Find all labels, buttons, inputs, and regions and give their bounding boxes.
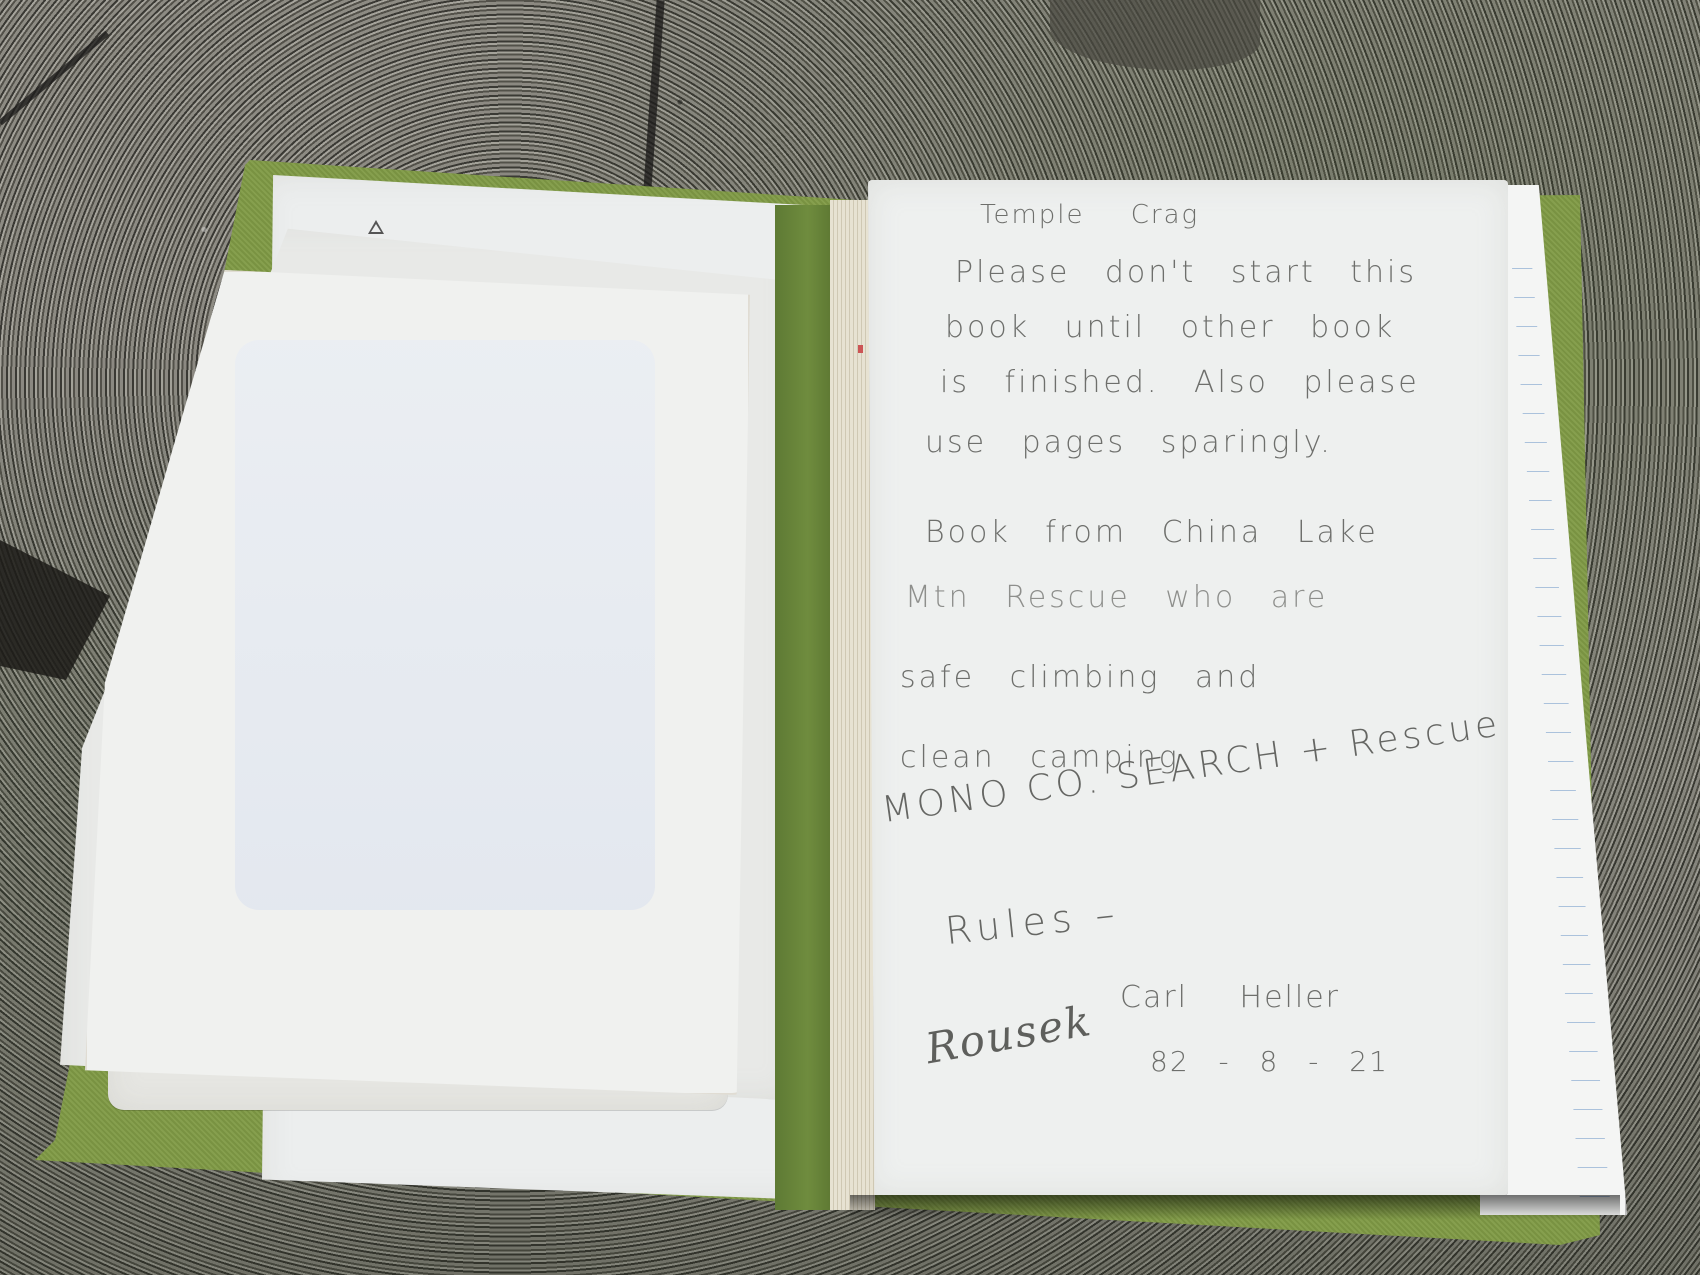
note-line: Book from China Lake xyxy=(925,515,1379,550)
note-line: Please don't start this xyxy=(955,255,1417,290)
page-title: Temple Crag xyxy=(980,200,1199,230)
page-edges xyxy=(830,200,875,1210)
signer-name: Carl Heller xyxy=(1120,980,1340,1015)
page-shadow xyxy=(850,1195,1620,1220)
note-line: book until other book xyxy=(945,310,1395,345)
triangle-mark-icon xyxy=(368,220,384,234)
entry-date: 82 - 8 - 21 xyxy=(1150,1045,1389,1078)
red-margin-mark xyxy=(858,345,863,353)
note-line: is finished. Also please xyxy=(940,365,1420,400)
note-line: Mtn Rescue who are xyxy=(905,580,1328,615)
faded-blue-print-area xyxy=(235,340,655,910)
note-line: safe climbing and xyxy=(900,660,1260,695)
note-line: use pages sparingly. xyxy=(925,425,1333,460)
